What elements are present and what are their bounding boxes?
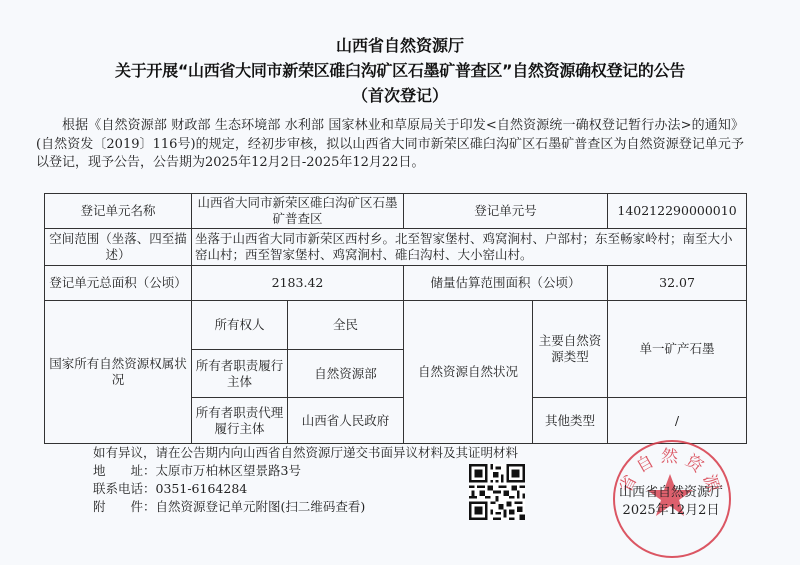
address-label: 地 址： xyxy=(93,462,156,480)
unit-no-label: 登记单元号 xyxy=(404,194,608,229)
announcement-subtitle: （首次登记） xyxy=(0,83,800,108)
table-row: 登记单元名称 山西省大同市新荣区碓臼沟矿区石墨矿普查区 登记单元号 140212… xyxy=(45,194,747,229)
table-row: 空间范围（坐落、四至描述） 坐落于山西省大同市新荣区西村乡。北至智家堡村、鸡窝涧… xyxy=(45,229,747,266)
area-label: 登记单元总面积（公顷） xyxy=(45,266,192,301)
intro-paragraph: 根据《自然资源部 财政部 生态环境部 水利部 国家林业和草原局关于印发<自然资源… xyxy=(36,117,744,173)
reserve-label: 储量估算范围面积（公顷） xyxy=(404,266,608,301)
phone-value: 0351-6164284 xyxy=(156,481,248,496)
title-block: 山西省自然资源厅 关于开展“山西省大同市新荣区碓臼沟矿区石墨矿普查区”自然资源确… xyxy=(0,33,800,108)
issuer-title: 山西省自然资源厅 xyxy=(0,33,800,58)
area-value: 2183.42 xyxy=(192,266,404,301)
space-label: 空间范围（坐落、四至描述） xyxy=(45,229,192,266)
main-type-label: 主要自然资源类型 xyxy=(533,301,608,398)
announcement-page: 山西省自然资源厅 关于开展“山西省大同市新荣区碓臼沟矿区石墨矿普查区”自然资源确… xyxy=(0,0,800,565)
registration-table: 登记单元名称 山西省大同市新荣区碓臼沟矿区石墨矿普查区 登记单元号 140212… xyxy=(44,193,747,444)
main-type-value: 单一矿产石墨 xyxy=(608,301,747,398)
objection-note: 如有异议，请在公告期内向山西省自然资源厅递交书面异议材料及其证明材料 xyxy=(93,444,593,462)
other-type-value: / xyxy=(608,398,747,444)
other-type-label: 其他类型 xyxy=(533,398,608,444)
table-row: 登记单元总面积（公顷） 2183.42 储量估算范围面积（公顷） 32.07 xyxy=(45,266,747,301)
phone-label: 联系电话： xyxy=(93,480,156,498)
reserve-value: 32.07 xyxy=(608,266,747,301)
natural-status-label: 自然资源自然状况 xyxy=(404,301,533,444)
unit-name-value: 山西省大同市新荣区碓臼沟矿区石墨矿普查区 xyxy=(192,194,404,229)
owner-value: 全民 xyxy=(288,301,404,350)
attachment-label: 附 件： xyxy=(93,498,156,516)
qr-code-icon[interactable] xyxy=(469,464,525,520)
signature-block: 山西省自然资源厅 2025年12月2日 xyxy=(596,484,746,520)
signature-org: 山西省自然资源厅 xyxy=(596,484,746,502)
agent-value: 山西省人民政府 xyxy=(288,398,404,444)
table-row: 国家所有自然资源权属状况 所有权人 全民 自然资源自然状况 主要自然资源类型 单… xyxy=(45,301,747,350)
announcement-title: 关于开展“山西省大同市新荣区碓臼沟矿区石墨矿普查区”自然资源确权登记的公告 xyxy=(0,58,800,83)
duty-label: 所有者职责履行主体 xyxy=(192,350,288,398)
ownership-label: 国家所有自然资源权属状况 xyxy=(45,301,192,444)
attachment-value: 自然资源登记单元附图(扫二维码查看) xyxy=(156,499,366,514)
agent-label: 所有者职责代理履行主体 xyxy=(192,398,288,444)
signature-date: 2025年12月2日 xyxy=(596,502,746,520)
unit-name-label: 登记单元名称 xyxy=(45,194,192,229)
unit-no-value: 140212290000010 xyxy=(608,194,747,229)
duty-value: 自然资源部 xyxy=(288,350,404,398)
owner-label: 所有权人 xyxy=(192,301,288,350)
address-value: 太原市万柏林区望景路3号 xyxy=(156,463,301,478)
space-value: 坐落于山西省大同市新荣区西村乡。北至智家堡村、鸡窝涧村、户部村；东至畅家岭村；南… xyxy=(192,229,747,266)
